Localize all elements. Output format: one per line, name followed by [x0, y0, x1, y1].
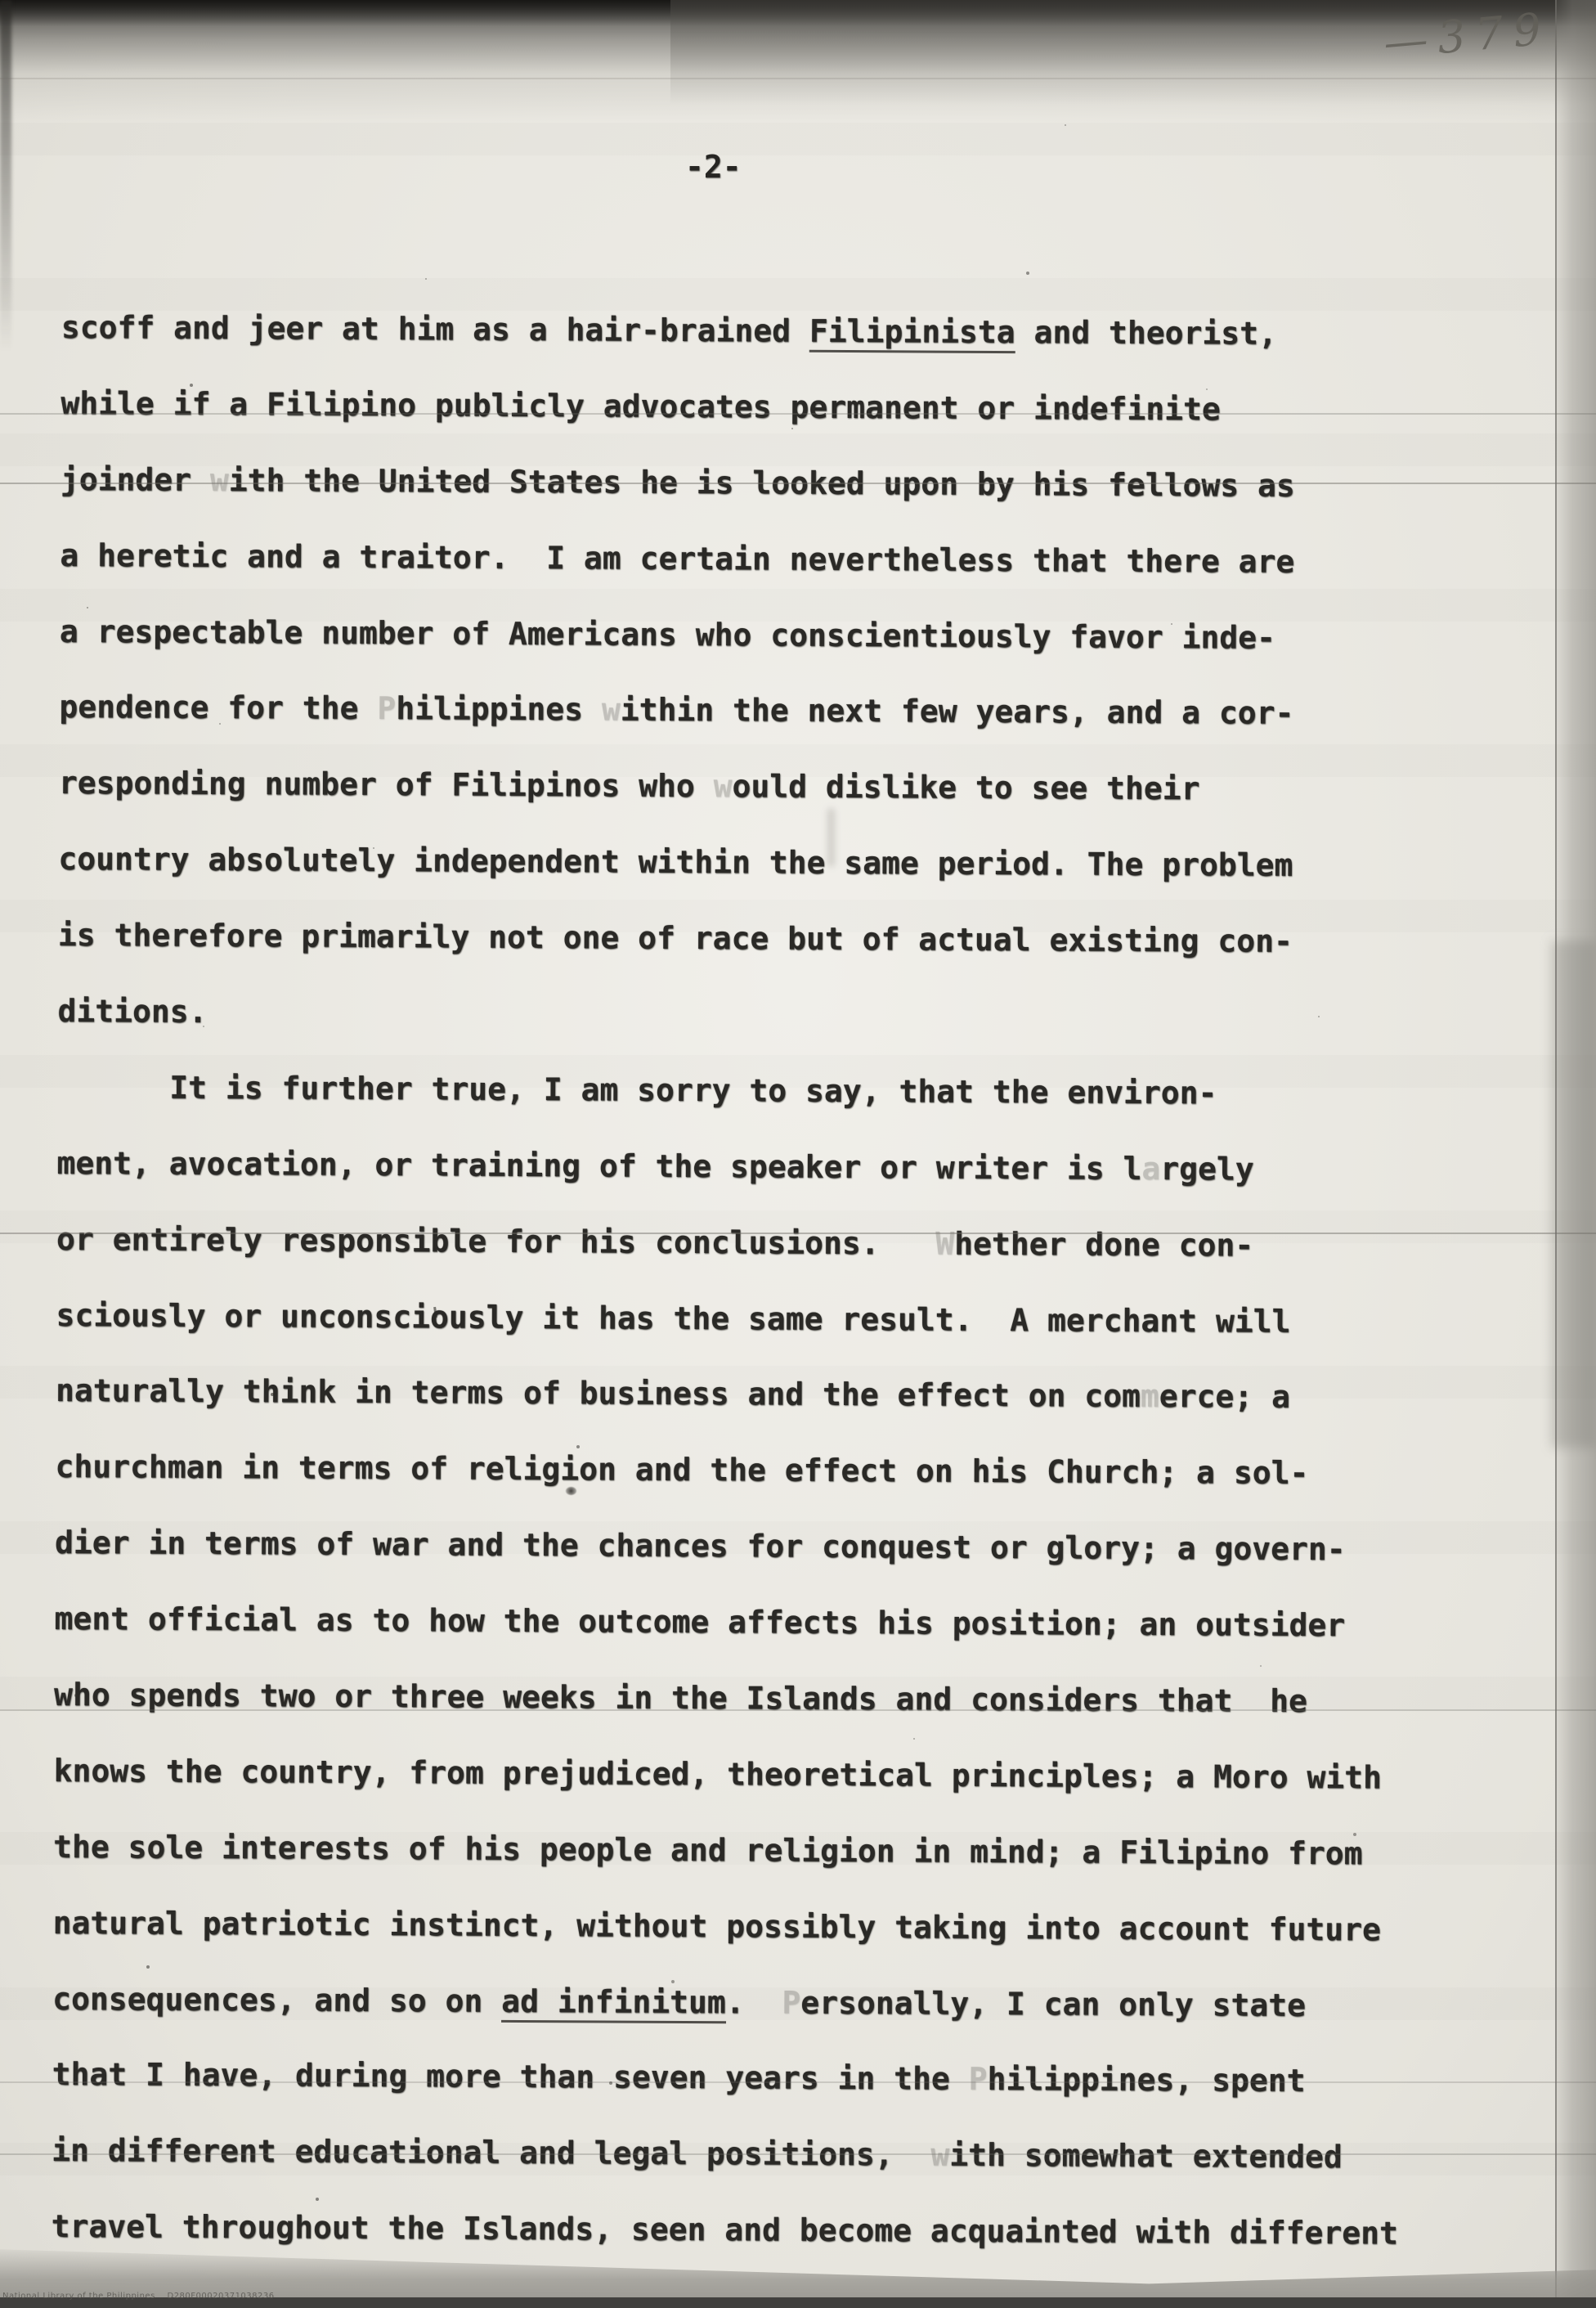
text-line: a respectable number of Americans who co…: [60, 613, 1491, 697]
text-line: ment, avocation, or training of the spea…: [56, 1145, 1487, 1228]
text-segment: while if a Filipino publicly advocates p…: [61, 385, 1221, 427]
text-segment: ith the United States he is looked upon …: [229, 462, 1295, 504]
text-line: a heretic and a traitor. I am certain ne…: [60, 537, 1491, 621]
faint-character: w: [210, 462, 229, 498]
text-segment: sciously or unconsciously it has the sam…: [56, 1297, 1290, 1340]
faint-character: a: [1141, 1151, 1160, 1187]
text-line: is therefore primarily not one of race b…: [58, 917, 1489, 1000]
text-line: dier in terms of war and the chances for…: [55, 1524, 1486, 1608]
text-segment: who spends two or three weeks in the Isl…: [54, 1677, 1307, 1719]
text-line: or entirely responsible for his conclusi…: [56, 1221, 1487, 1304]
scan-line: [0, 78, 1596, 79]
text-segment: is therefore primarily not one of race b…: [58, 917, 1293, 959]
text-segment: a heretic and a traitor. I am certain ne…: [60, 537, 1294, 580]
handwritten-folio-number: —379: [1382, 2, 1553, 69]
text-line: natural patriotic instinct, without poss…: [52, 1905, 1483, 1988]
text-line: joinder with the United States he is loo…: [61, 461, 1491, 545]
text-segment: travel throughout the Islands, seen and …: [52, 2208, 1398, 2252]
text-segment: natural patriotic instinct, without poss…: [53, 1905, 1382, 1948]
text-segment: that I have, during more than seven year…: [52, 2056, 969, 2097]
text-line: the sole interests of his people and rel…: [53, 1829, 1484, 1912]
text-segment: churchman in terms of religion and the e…: [55, 1448, 1308, 1491]
text-segment: ment, avocation, or training of the spea…: [56, 1145, 1141, 1187]
ink-specks: [0, 0, 2, 2]
text-line: sciously or unconsciously it has the sam…: [56, 1297, 1486, 1381]
text-segment: responding number of Filipinos who: [59, 765, 714, 804]
ink-blob: [566, 1487, 576, 1495]
faint-character: P: [782, 1984, 800, 2020]
text-segment: ersonally, I can only state: [800, 1984, 1306, 2023]
text-line: ditions.: [57, 993, 1488, 1076]
faint-character: P: [377, 690, 396, 726]
text-segment: rgely: [1160, 1151, 1254, 1188]
faint-character: m: [1141, 1378, 1159, 1414]
page-number: -2-: [685, 149, 742, 185]
text-line: country absolutely independent within th…: [58, 841, 1489, 924]
text-line: knows the country, from prejudiced, theo…: [53, 1753, 1484, 1836]
text-segment: .: [726, 1984, 782, 2020]
text-segment: knows the country, from prejudiced, theo…: [54, 1753, 1383, 1796]
text-line: It is further true, I am sorry to say, t…: [57, 1069, 1488, 1152]
text-line: pendence for the Philippines within the …: [59, 689, 1490, 772]
right-paper-edge: [1555, 0, 1596, 2308]
text-segment: ould dislike to see their: [732, 769, 1199, 807]
text-segment: It is further true, I am sorry to say, t…: [57, 1069, 1217, 1111]
faint-character: W: [935, 1225, 954, 1261]
text-segment: hilippines: [396, 691, 602, 728]
faint-character: w: [602, 692, 621, 728]
text-line: that I have, during more than seven year…: [52, 2056, 1482, 2140]
underlined-text: Filipinista: [809, 313, 1015, 353]
text-line: who spends two or three weeks in the Isl…: [54, 1677, 1485, 1760]
text-line: naturally think in terms of business and…: [56, 1372, 1486, 1456]
text-segment: ithin the next few years, and a cor-: [621, 692, 1294, 731]
text-block: scoff and jeer at him as a hair-brained …: [51, 309, 1492, 2292]
text-line: churchman in terms of religion and the e…: [55, 1448, 1486, 1532]
text-line: in different educational and legal posit…: [52, 2132, 1482, 2216]
text-segment: pendence for the: [59, 689, 377, 726]
text-segment: naturally think in terms of business and…: [56, 1372, 1141, 1414]
text-line: travel throughout the Islands, seen and …: [51, 2208, 1482, 2292]
text-segment: or entirely responsible for his conclusi…: [56, 1221, 935, 1262]
scanned-document: { "colors": { "paper": "#ebe9e2", "ink":…: [0, 0, 1596, 2308]
text-line: responding number of Filipinos who would…: [59, 765, 1490, 848]
text-segment: hilippines, spent: [987, 2061, 1305, 2099]
text-segment: erce; a: [1159, 1379, 1290, 1416]
text-segment: and theorist,: [1015, 314, 1278, 352]
left-edge-smear: [0, 0, 11, 352]
faint-character: w: [930, 2137, 949, 2173]
text-segment: the sole interests of his people and rel…: [53, 1829, 1363, 1871]
text-segment: country absolutely independent within th…: [58, 841, 1293, 883]
text-line: while if a Filipino publicly advocates p…: [61, 385, 1491, 469]
text-segment: scoff and jeer at him as a hair-brained: [61, 309, 809, 349]
text-segment: consequences, and so on: [52, 1981, 501, 2019]
text-line: scoff and jeer at him as a hair-brained …: [61, 309, 1492, 393]
text-segment: ditions.: [57, 993, 207, 1030]
text-segment: in different educational and legal posit…: [52, 2132, 930, 2173]
text-segment: a respectable number of Americans who co…: [60, 613, 1275, 656]
faint-character: w: [714, 769, 733, 805]
underlined-text: ad infinitum: [501, 1982, 726, 2023]
top-scan-shadow: [0, 0, 1596, 123]
library-watermark: National Library of the Philippines D280…: [2, 2292, 275, 2301]
text-segment: joinder: [61, 461, 210, 498]
text-segment: ment official as to how the outcome affe…: [55, 1601, 1346, 1643]
text-segment: ith somewhat extended: [949, 2137, 1343, 2176]
text-segment: dier in terms of war and the chances for…: [55, 1524, 1346, 1567]
text-segment: hether done con-: [954, 1225, 1253, 1263]
faint-character: P: [969, 2061, 988, 2097]
text-line: ment official as to how the outcome affe…: [54, 1601, 1485, 1684]
vertical-smudge: [827, 808, 835, 867]
text-line: consequences, and so on ad infinitum. Pe…: [52, 1981, 1483, 2064]
